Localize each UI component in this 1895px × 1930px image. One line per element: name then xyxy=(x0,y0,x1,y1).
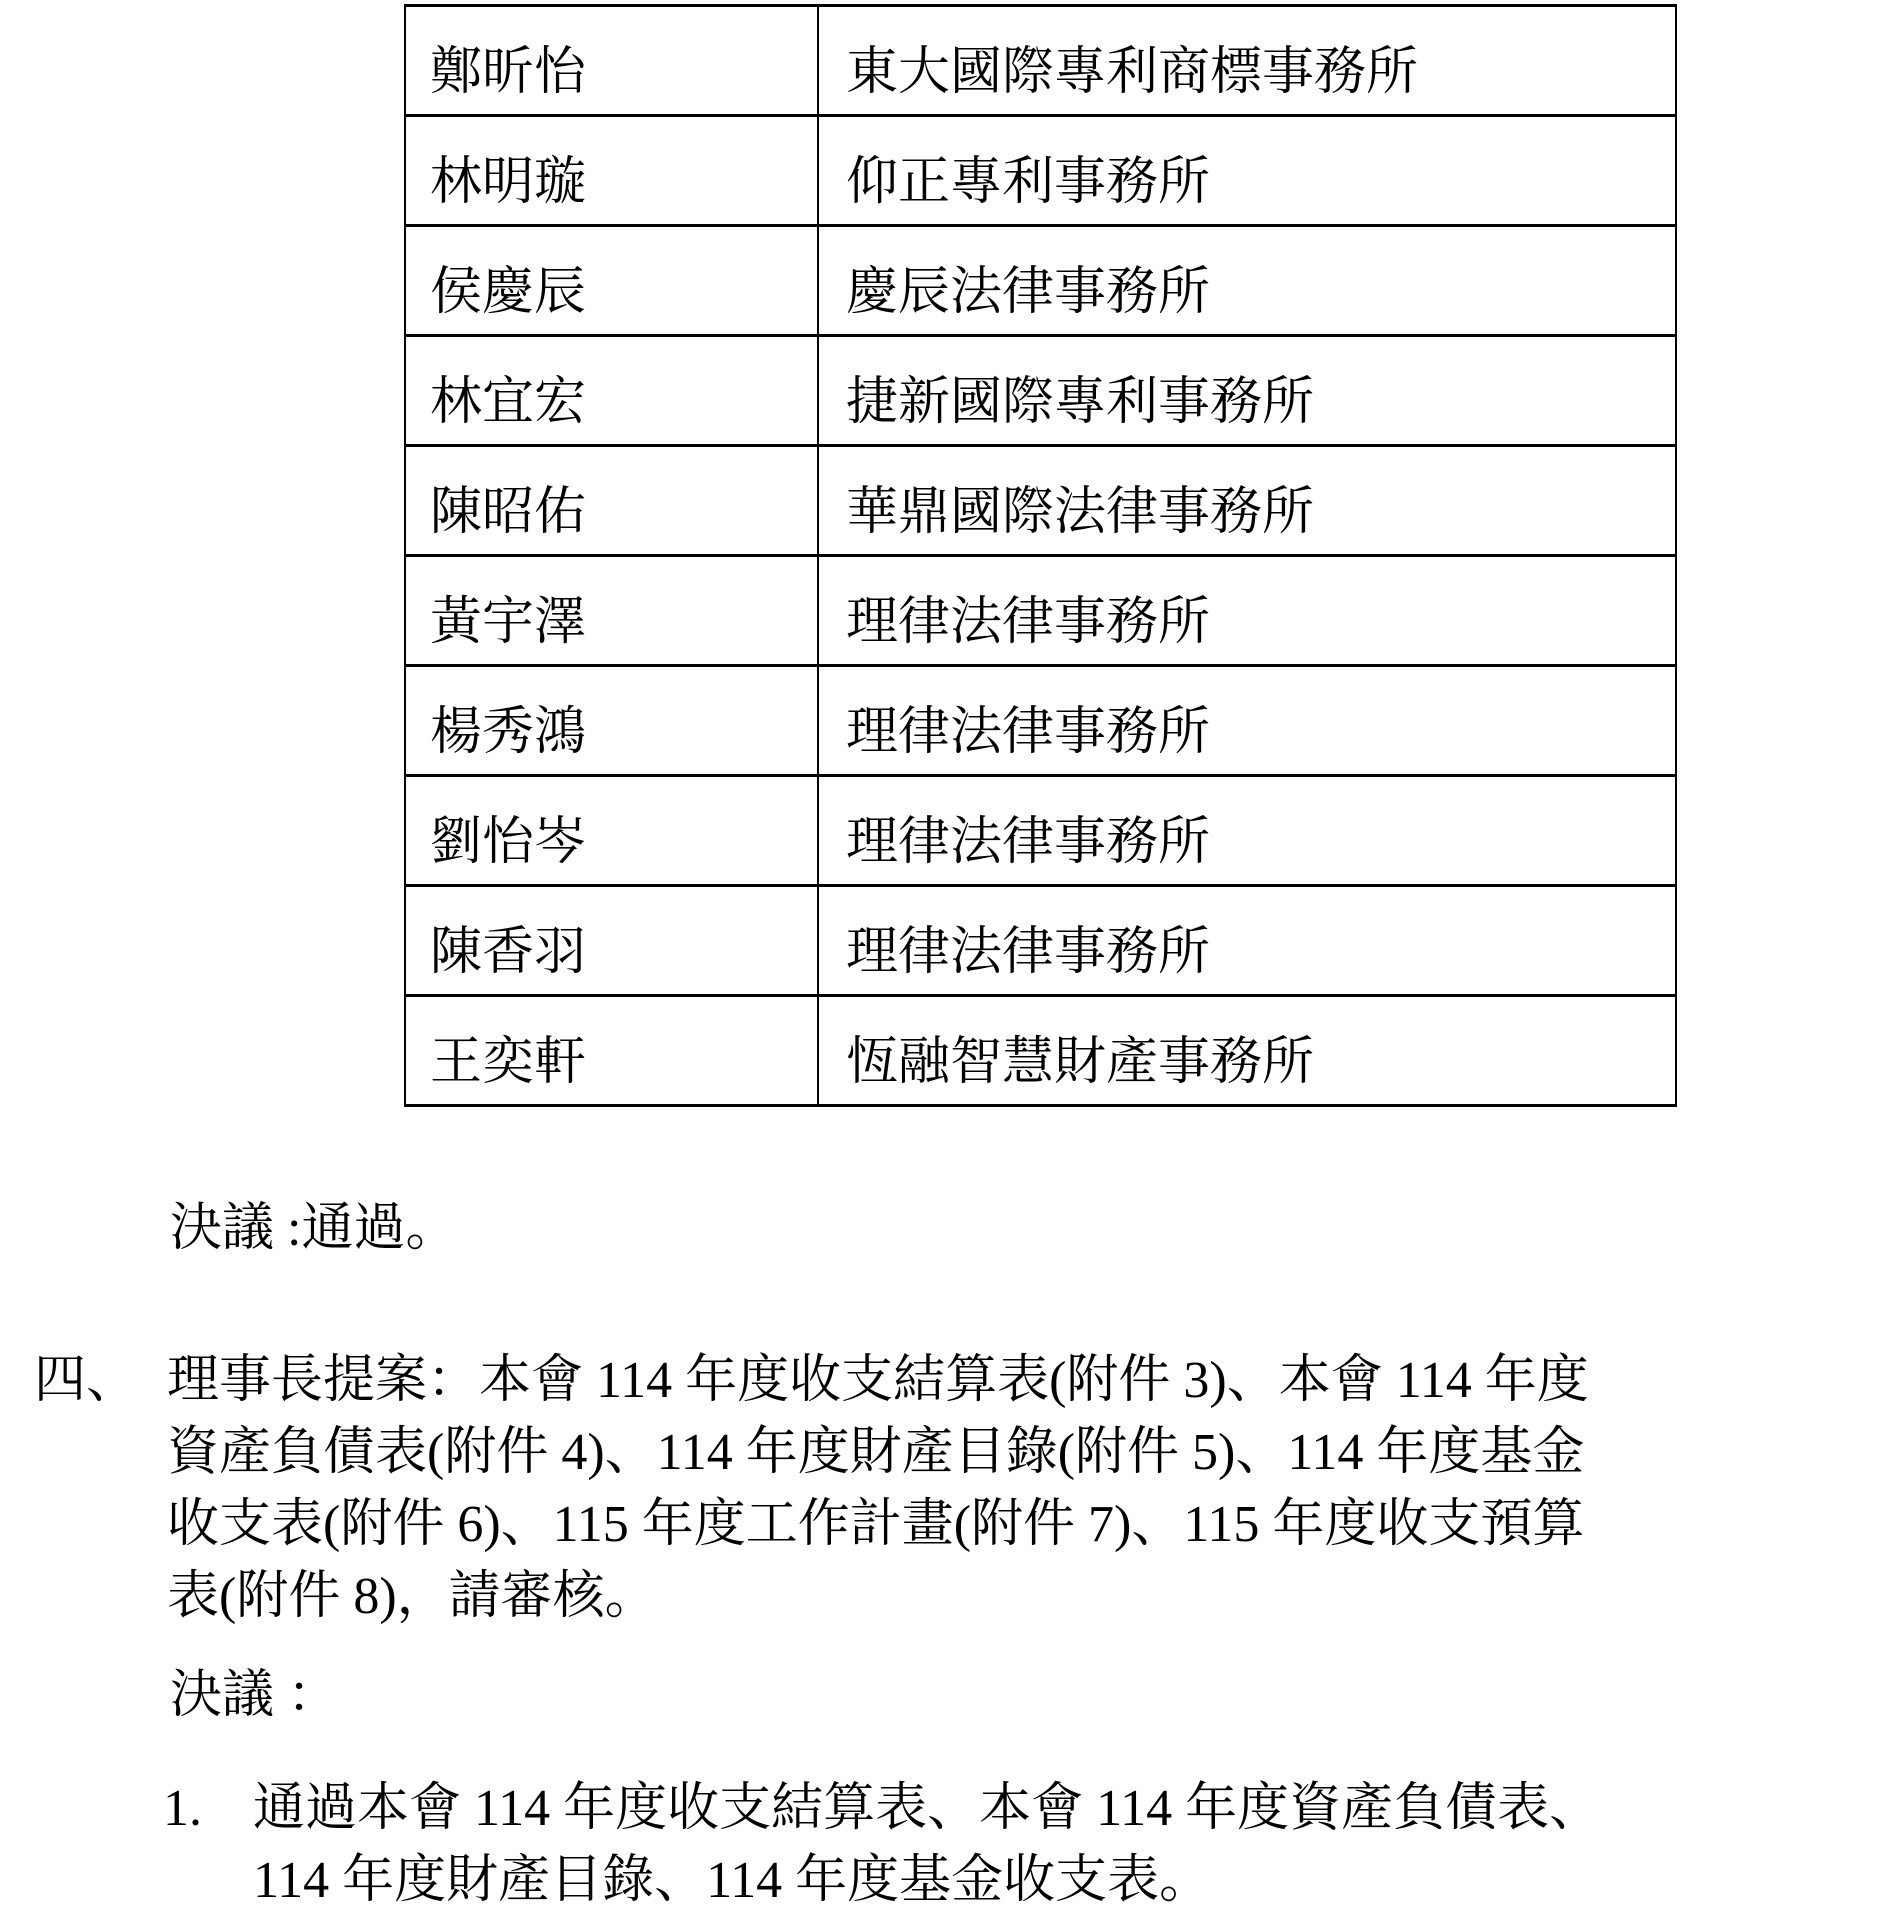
member-name-cell: 楊秀鴻 xyxy=(405,666,818,776)
document-page: 鄭昕怡 東大國際專利商標事務所 林明璇 仰正專利事務所 侯慶辰 慶辰法律事務所 … xyxy=(0,0,1895,1930)
agenda-item-body: 理事長提案：本會 114 年度收支結算表(附件 3)、本會 114 年度 資產負… xyxy=(167,1345,1589,1633)
member-firm-cell: 理律法律事務所 xyxy=(818,886,1676,996)
table-row: 楊秀鴻 理律法律事務所 xyxy=(405,666,1676,776)
table-row: 鄭昕怡 東大國際專利商標事務所 xyxy=(405,6,1676,116)
member-name-cell: 陳香羽 xyxy=(405,886,818,996)
member-firm-cell: 東大國際專利商標事務所 xyxy=(818,6,1676,116)
member-name-cell: 林明璇 xyxy=(405,116,818,226)
member-name-cell: 鄭昕怡 xyxy=(405,6,818,116)
decision-item-line: 通過本會 114 年度收支結算表、本會 114 年度資產負債表、 xyxy=(253,1773,1601,1845)
table-row: 黃宇澤 理律法律事務所 xyxy=(405,556,1676,666)
member-firm-cell: 慶辰法律事務所 xyxy=(818,226,1676,336)
member-table: 鄭昕怡 東大國際專利商標事務所 林明璇 仰正專利事務所 侯慶辰 慶辰法律事務所 … xyxy=(404,4,1677,1107)
member-name-cell: 王奕軒 xyxy=(405,996,818,1106)
agenda-item-number: 四、 xyxy=(34,1345,167,1417)
member-firm-cell: 理律法律事務所 xyxy=(818,776,1676,886)
table-row: 林明璇 仰正專利事務所 xyxy=(405,116,1676,226)
decision-item-line: 114 年度財產目錄、114 年度基金收支表。 xyxy=(253,1845,1601,1917)
decision-item-body: 通過本會 114 年度收支結算表、本會 114 年度資產負債表、 114 年度財… xyxy=(253,1773,1601,1917)
agenda-item-line: 資產負債表(附件 4)、114 年度財產目錄(附件 5)、114 年度基金 xyxy=(167,1417,1589,1489)
resolution-heading: 決議 ： xyxy=(170,1660,339,1732)
table-row: 陳香羽 理律法律事務所 xyxy=(405,886,1676,996)
member-firm-cell: 恆融智慧財產事務所 xyxy=(818,996,1676,1106)
member-firm-cell: 捷新國際專利事務所 xyxy=(818,336,1676,446)
agenda-item-line: 理事長提案：本會 114 年度收支結算表(附件 3)、本會 114 年度 xyxy=(167,1345,1589,1417)
table-row: 林宜宏 捷新國際專利事務所 xyxy=(405,336,1676,446)
decision-item-1: 1. 通過本會 114 年度收支結算表、本會 114 年度資產負債表、 114 … xyxy=(163,1773,1601,1917)
member-firm-cell: 理律法律事務所 xyxy=(818,666,1676,776)
table-row: 侯慶辰 慶辰法律事務所 xyxy=(405,226,1676,336)
member-name-cell: 劉怡岑 xyxy=(405,776,818,886)
member-firm-cell: 華鼎國際法律事務所 xyxy=(818,446,1676,556)
decision-item-number: 1. xyxy=(163,1773,253,1845)
member-firm-cell: 理律法律事務所 xyxy=(818,556,1676,666)
member-name-cell: 陳昭佑 xyxy=(405,446,818,556)
member-name-cell: 黃宇澤 xyxy=(405,556,818,666)
member-name-cell: 林宜宏 xyxy=(405,336,818,446)
agenda-item-four: 四、 理事長提案：本會 114 年度收支結算表(附件 3)、本會 114 年度 … xyxy=(34,1345,1589,1633)
table-row: 王奕軒 恆融智慧財產事務所 xyxy=(405,996,1676,1106)
agenda-item-line: 表(附件 8)，請審核。 xyxy=(167,1561,1589,1633)
member-firm-cell: 仰正專利事務所 xyxy=(818,116,1676,226)
resolution-passed-line: 決議 :通過。 xyxy=(170,1193,457,1265)
table-row: 陳昭佑 華鼎國際法律事務所 xyxy=(405,446,1676,556)
agenda-item-line: 收支表(附件 6)、115 年度工作計畫(附件 7)、115 年度收支預算 xyxy=(167,1489,1589,1561)
table-row: 劉怡岑 理律法律事務所 xyxy=(405,776,1676,886)
member-name-cell: 侯慶辰 xyxy=(405,226,818,336)
